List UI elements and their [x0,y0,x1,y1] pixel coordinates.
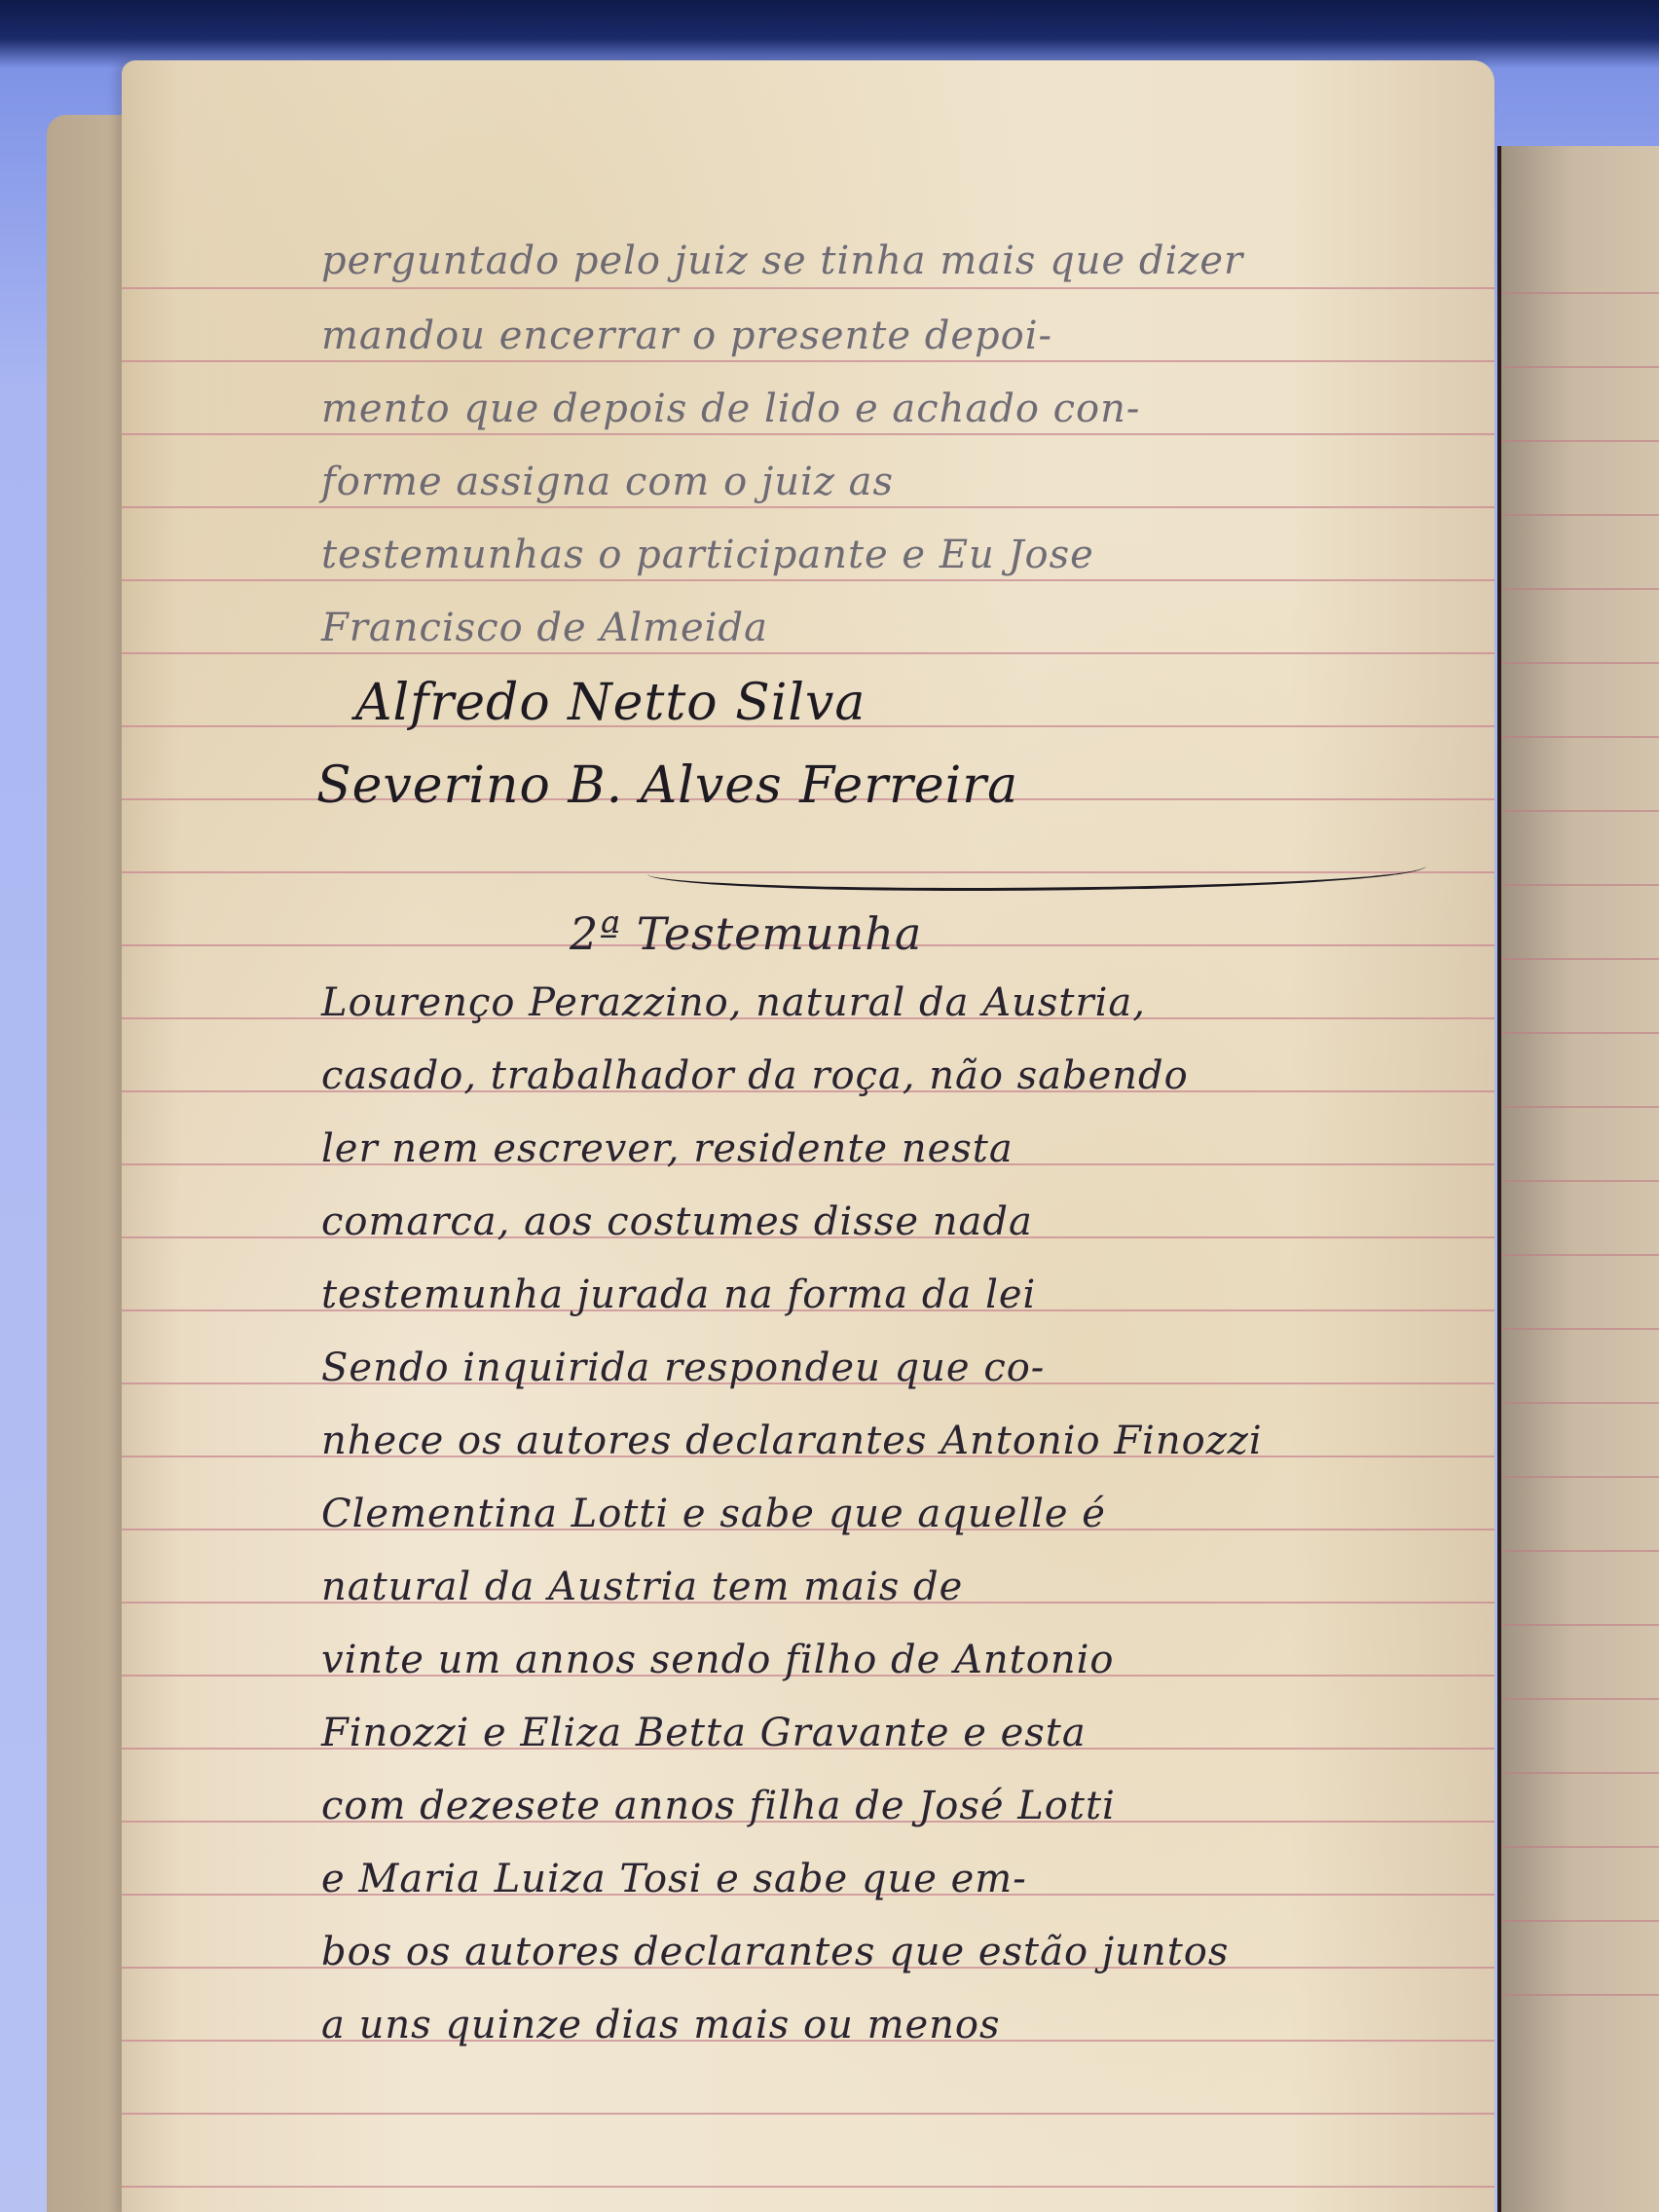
ruled-line [122,579,1494,581]
body-text-line: bos os autores declarantes que estão jun… [321,1930,1441,1974]
body-text-line: comarca, aos costumes disse nada [321,1199,1441,1244]
body-text-line: testemunha jurada na forma da lei [321,1272,1441,1317]
section-heading: 2ª Testemunha [570,907,1659,960]
ruled-line [122,2186,1494,2188]
closing-text-line: testemunhas o participante e Eu Jose [321,533,1441,577]
body-text-line: Clementina Lotti e sabe que aquelle é [321,1492,1441,1536]
document-page: perguntado pelo juiz se tinha mais que d… [122,60,1494,2212]
closing-text-line: mandou encerrar o presente depoi- [321,313,1441,358]
ruled-line [122,506,1494,508]
closing-text-line: perguntado pelo juiz se tinha mais que d… [321,239,1441,283]
body-text-line: casado, trabalhador da roça, não sabendo [321,1053,1441,1098]
body-text-line: ler nem escrever, residente nesta [321,1126,1441,1171]
body-text-line: Sendo inquirida respondeu que co- [321,1346,1441,1390]
signature-1: Alfredo Netto Silva [355,674,1475,732]
body-text-line: e Maria Luiza Tosi e sabe que em- [321,1857,1441,1901]
closing-text-line: Francisco de Almeida [321,606,1441,650]
body-text-line: natural da Austria tem mais de [321,1565,1441,1609]
adjacent-page [1497,146,1659,2212]
closing-text-line: forme assigna com o juiz as [321,460,1441,504]
closing-text-line: mento que depois de lido e achado con- [321,387,1441,431]
ruled-line [122,433,1494,435]
body-text-line: com dezesete annos filha de José Lotti [321,1784,1441,1828]
signature-2: Severino B. Alves Ferreira [316,756,1436,815]
signature-flourish [647,849,1426,891]
body-text-line: vinte um annos sendo filho de Antonio [321,1638,1441,1682]
ruled-line [122,2113,1494,2115]
ruled-line [122,287,1494,289]
ruled-line [122,360,1494,362]
ruled-line [122,652,1494,654]
body-text-line: Lourenço Perazzino, natural da Austria, [321,980,1441,1025]
body-text-line: nhece os autores declarantes Antonio Fin… [321,1419,1441,1463]
body-text-line: Finozzi e Eliza Betta Gravante e esta [321,1711,1441,1755]
body-text-line: a uns quinze dias mais ou menos [321,2003,1441,2047]
